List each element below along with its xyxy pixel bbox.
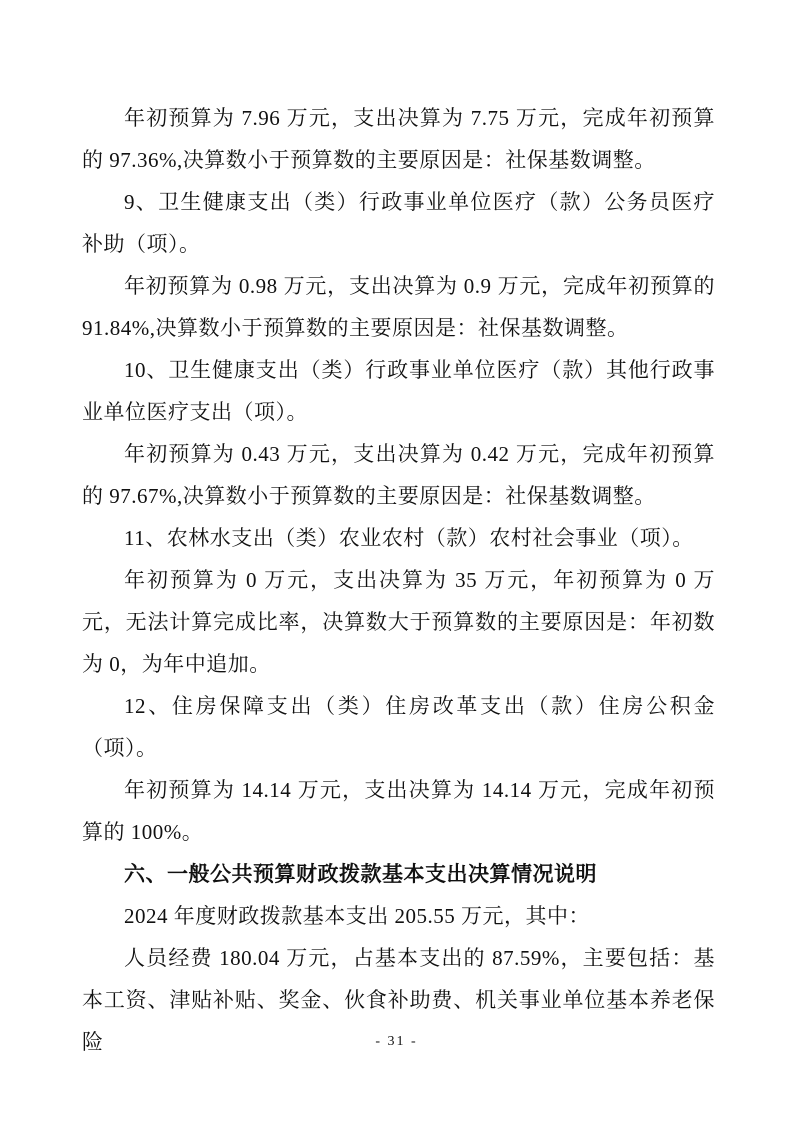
body-paragraph: 年初预算为 0.98 万元，支出决算为 0.9 万元，完成年初预算的 91.84…: [82, 265, 715, 349]
body-paragraph: 年初预算为 7.96 万元，支出决算为 7.75 万元，完成年初预算的 97.3…: [82, 97, 715, 181]
body-paragraph: 11、农林水支出（类）农业农村（款）农村社会事业（项）。: [82, 517, 715, 559]
body-paragraph: 9、卫生健康支出（类）行政事业单位医疗（款）公务员医疗补助（项）。: [82, 181, 715, 265]
body-paragraph: 2024 年度财政拨款基本支出 205.55 万元，其中：: [82, 895, 715, 937]
body-paragraph: 年初预算为 0.43 万元，支出决算为 0.42 万元，完成年初预算的 97.6…: [82, 433, 715, 517]
body-paragraph: 10、卫生健康支出（类）行政事业单位医疗（款）其他行政事业单位医疗支出（项）。: [82, 349, 715, 433]
section-heading: 六、一般公共预算财政拨款基本支出决算情况说明: [82, 853, 715, 895]
page-number: - 31 -: [0, 1032, 793, 1052]
body-paragraph: 12、住房保障支出（类）住房改革支出（款）住房公积金（项）。: [82, 685, 715, 769]
document-page: 年初预算为 7.96 万元，支出决算为 7.75 万元，完成年初预算的 97.3…: [0, 0, 793, 1122]
document-body: 年初预算为 7.96 万元，支出决算为 7.75 万元，完成年初预算的 97.3…: [82, 97, 715, 1063]
body-paragraph: 年初预算为 14.14 万元，支出决算为 14.14 万元，完成年初预算的 10…: [82, 769, 715, 853]
body-paragraph: 年初预算为 0 万元，支出决算为 35 万元，年初预算为 0 万元，无法计算完成…: [82, 559, 715, 685]
